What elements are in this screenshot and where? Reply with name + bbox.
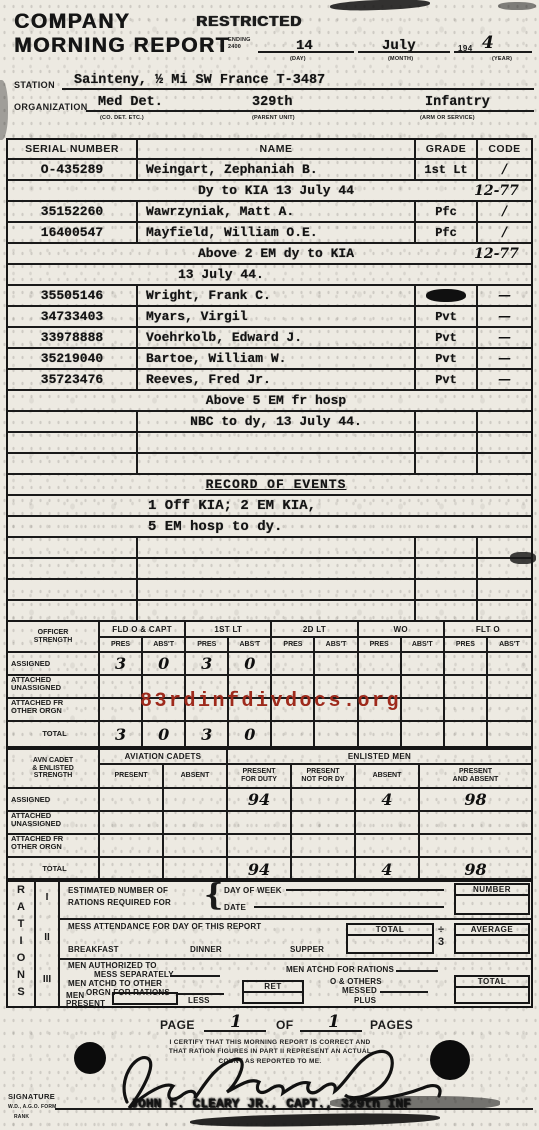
row-label-total: TOTAL [8,858,100,880]
vertical-letter: I [8,935,34,947]
group-enlisted-men: ENLISTED MEN [228,750,531,765]
month-caption: (MONTH) [388,56,413,62]
soldier-name [138,433,416,452]
page-number: 1 [230,1012,242,1032]
roster-row: 35219040 Bartoe, William W. Pvt — [8,349,531,370]
subcol-abst: ABS'T [315,638,358,653]
serial-number: 35723476 [8,370,138,389]
col-present-for-duty: PRESENT FOR DUTY [228,765,292,789]
ending-label: ENDING [228,37,251,43]
roster-row: 35505146 Wright, Frank C. — [8,286,531,307]
form-title-morning-report: MORNING REPORT [14,34,230,58]
serial-number: 16400547 [8,223,138,242]
col-present-and-absent: PRESENT AND ABSENT [420,765,531,789]
vertical-letter: R [8,884,34,896]
men-present-label: MEN PRESENT [66,992,105,1009]
label-line: AND ABSENT [453,776,499,784]
signature-label: SIGNATURE [8,1092,55,1101]
enlisted-total-absent: 4 [356,858,420,880]
label-line: FOR DUTY [241,776,277,784]
empty-cell [164,835,228,858]
ink-smudge [498,2,536,10]
handwritten-signature [105,1038,465,1116]
day-of-week-blank [286,882,444,891]
empty-cell [292,789,356,812]
subcol-pres: PRES [359,638,402,653]
year-handwritten: 4 [482,33,494,53]
remark-text: NBC to dy, 13 July 44. [138,412,416,431]
row-label-attached-unassigned: ATTACHED UNASSIGNED [8,812,100,835]
empty-cell [228,812,292,835]
roster-table: SERIAL NUMBER NAME GRADE CODE O-435289 W… [6,138,533,622]
code-mark [478,559,531,578]
roster-empty-row [8,580,531,601]
code-mark: / [478,223,531,242]
org-parent-value: 329th [252,95,293,110]
remark-text: Above 5 EM fr hosp [138,391,416,410]
label-line: PRESENT [242,768,275,776]
empty-cell [164,789,228,812]
grade [416,286,478,305]
serial-number [8,475,138,494]
code-mark [478,475,531,494]
vertical-letter: N [8,969,34,981]
grade: Pvt [416,370,478,389]
grade [416,538,478,557]
empty-cell [100,858,164,880]
year-caption: (YEAR) [492,56,512,62]
empty-cell [100,812,164,835]
group-fldo-capt: FLD O & CAPT [100,622,186,638]
roster-note-row: NBC to dy, 13 July 44. [8,412,531,433]
code-mark: / [478,202,531,221]
roster-empty-row [8,601,531,622]
roster-row: 34733403 Myars, Virgil Pvt — [8,307,531,328]
empty-cell [292,835,356,858]
soldier-name [138,559,416,578]
row-label-assigned: ASSIGNED [8,789,100,812]
label-line: NOT FOR DY [301,776,344,784]
enlisted-assigned-absent: 4 [356,789,420,812]
grade [416,454,478,473]
empty-cell [292,812,356,835]
grade: Pvt [416,349,478,368]
empty-cell [228,835,292,858]
roster-empty-row [8,433,531,454]
org-arm-caption: (ARM OR SERVICE) [420,115,475,121]
label-line: UNASSIGNED [11,684,61,692]
soldier-name: Myars, Virgil [138,307,416,326]
serial-number [8,559,138,578]
subcol-pres: PRES [186,638,229,653]
men-atchd-to-other-line1: MEN ATCHD TO OTHER [68,979,162,988]
code-mark [478,601,531,620]
empty-cell [402,699,445,722]
officer-strength-title-line1: OFFICER [38,629,69,637]
serial-number [8,391,138,410]
subcol-abst: ABS'T [402,638,445,653]
empty-cell [272,653,315,676]
empty-cell [420,812,531,835]
grade: Pvt [416,307,478,326]
men-authorized-line1: MEN AUTHORIZED TO [68,961,157,970]
serial-number [8,412,138,431]
enlisted-strength-table: AVN CADET & ENLISTED STRENGTH AVIATION C… [6,748,533,882]
roster-row: 16400547 Mayfield, William O.E. Pfc / [8,223,531,244]
grade [416,475,478,494]
ink-smudge [0,80,8,140]
empty-cell [402,676,445,699]
label-line: OTHER ORGN [11,843,62,851]
vertical-letter: A [8,901,34,913]
enlisted-strength-title: AVN CADET & ENLISTED STRENGTH [8,750,100,789]
soldier-name: Voehrkolb, Edward J. [138,328,416,347]
soldier-name: Bartoe, William W. [138,349,416,368]
soldier-name: Mayfield, William O.E. [138,223,416,242]
empty-cell [445,699,488,722]
code-mark [478,517,531,536]
code-mark [478,412,531,431]
date-label: DATE [224,903,246,912]
officer-assigned-value: 3 [100,653,143,676]
officer-strength-title: OFFICER STRENGTH [8,622,100,653]
group-aviation-cadets: AVIATION CADETS [100,750,228,765]
remark-text: Dy to KIA 13 July 44 [138,181,416,200]
officer-strength-table: OFFICER STRENGTH FLD O & CAPT 1ST LT 2D … [6,620,533,748]
soldier-name: Weingart, Zephaniah B. [138,160,416,179]
o-and-others-label: O & OTHERS [330,977,382,986]
form-title-company: COMPANY [14,10,130,34]
divide-sign: ÷ [438,924,444,936]
pages-number: 1 [328,1012,340,1032]
men-atchd-for-rations-label: MEN ATCHD FOR RATIONS [286,965,394,974]
col-absent: ABSENT [356,765,420,789]
vertical-letter: O [8,952,34,964]
roster-empty-row [8,559,531,580]
of-label: OF [276,1018,293,1032]
roster-empty-row [8,454,531,475]
messed-blank [380,984,428,993]
enlisted-assigned-present-for-duty: 94 [228,789,292,812]
grade-ink-smudge [426,289,466,302]
group-1st-lt: 1ST LT [186,622,272,638]
soldier-name [138,580,416,599]
code-mark: — [478,349,531,368]
subcol-abst: ABS'T [488,638,531,653]
grade [416,517,478,536]
organization-label: ORGANIZATION [14,102,88,112]
officer-assigned-value: 0 [143,653,186,676]
label-line: PRESENT [459,768,492,776]
soldier-name [138,601,416,620]
code-mark: — [478,328,531,347]
label-line: OTHER ORGN [11,707,62,715]
average-box: AVERAGE [454,923,530,954]
subcol-abst: ABS'T [143,638,186,653]
code-mark [478,391,531,410]
event-text: 1 Off KIA; 2 EM KIA, [138,496,416,515]
number-box-label: NUMBER [456,885,528,896]
roster-empty-row [8,538,531,559]
less-label: LESS [188,996,210,1005]
serial-number [8,244,138,263]
officer-strength-title-line2: STRENGTH [34,637,73,645]
officer-total-value: 3 [186,722,229,746]
total-box-part3-label: TOTAL [456,977,528,988]
messed-label: MESSED [342,986,377,995]
ret-box: RET [242,980,304,1004]
code-mark [478,538,531,557]
event-text: 5 EM hosp to dy. [138,517,416,536]
grade: 1st Lt [416,160,478,179]
grade [416,580,478,599]
empty-cell [100,835,164,858]
roster-note-row: Above 5 EM fr hosp [8,391,531,412]
record-of-events-title-row: RECORD OF EVENTS [8,475,531,496]
subcol-pres: PRES [100,638,143,653]
roster-row: O-435289 Weingart, Zephaniah B. 1st Lt / [8,160,531,181]
row-label-attached-unassigned: ATTACHED UNASSIGNED [8,676,100,699]
average-box-label: AVERAGE [456,925,528,936]
label-line: PRESENT [66,999,105,1008]
soldier-name: Reeves, Fred Jr. [138,370,416,389]
day-value: 14 [296,38,313,54]
soldier-name: Wawrzyniak, Matt A. [138,202,416,221]
roster-note-row: Dy to KIA 13 July 44 12-77 [8,181,531,202]
col-cadets-present: PRESENT [100,765,164,789]
group-wo: WO [359,622,445,638]
org-unit-value: Med Det. [98,95,163,110]
col-present-not-for-duty: PRESENT NOT FOR DY [292,765,356,789]
empty-cell [315,653,358,676]
rations-vertical-label: R A T I O N S [8,880,36,1006]
supper-label: SUPPER [290,945,324,954]
serial-number: 33978888 [8,328,138,347]
empty-cell [445,722,488,746]
grade [416,391,478,410]
empty-cell [420,835,531,858]
subcol-pres: PRES [272,638,315,653]
grade: Pfc [416,202,478,221]
ending-value: 2400 [228,44,241,50]
plus-label: PLUS [354,996,376,1005]
col-header-code: CODE [478,140,531,158]
ink-smudge [330,0,430,12]
serial-number: 34733403 [8,307,138,326]
code-mark: 12-77 [462,244,531,263]
total-box-label: TOTAL [348,925,432,936]
col-header-name: NAME [138,140,416,158]
row-label-assigned: ASSIGNED [8,653,100,676]
ret-box-label: RET [244,982,302,993]
officer-total-value: 3 [100,722,143,746]
group-2d-lt: 2D LT [272,622,358,638]
men-atchd-for-rations-blank [396,963,438,972]
punch-hole-left [74,1042,106,1074]
brace: { [204,878,223,913]
pages-label: PAGES [370,1018,413,1032]
rations-required-label-line2: RATIONS REQUIRED FOR [68,898,171,907]
subcol-pres: PRES [445,638,488,653]
soldier-name [138,454,416,473]
dinner-label: DINNER [190,945,222,954]
vertical-letter: S [8,986,34,998]
total-box: TOTAL [346,923,434,954]
empty-cell [164,858,228,880]
men-authorized-line2: MESS SEPARATELY [94,970,174,979]
part-iii-label: III [36,974,58,985]
men-present-box [112,992,178,1005]
empty-cell [356,835,420,858]
grade: Pfc [416,223,478,242]
mess-separately-blank [170,968,220,977]
empty-cell [488,699,531,722]
record-of-events-title: RECORD OF EVENTS [138,475,416,494]
org-unit-caption: (CO. DET. ETC.) [100,115,144,121]
total-box-part3: TOTAL [454,975,530,1004]
roster-row: 35723476 Reeves, Fred Jr. Pvt — [8,370,531,391]
morning-report-form: 83rdinfdivdocs.org COMPANY RESTRICTED MO… [0,0,539,1130]
remark-text: Above 2 EM dy to KIA [138,244,416,263]
org-arm-value: Infantry [425,95,490,110]
month-value: July [382,38,416,54]
code-mark: 12-77 [462,181,531,200]
officer-assigned-value: 3 [186,653,229,676]
event-row: 5 EM hosp to dy. [8,517,531,538]
rations-section: R A T I O N S I II III ESTIMATED NUMBER … [6,878,533,1008]
grade [416,601,478,620]
serial-number [8,580,138,599]
code-mark [478,454,531,473]
empty-cell [359,722,402,746]
number-box: NUMBER [454,883,530,915]
title-line: STRENGTH [34,772,73,780]
serial-number: 35219040 [8,349,138,368]
grade [416,265,478,284]
empty-cell [488,653,531,676]
serial-number [8,181,138,200]
group-flt-o: FLT O [445,622,531,638]
empty-cell [272,722,315,746]
code-mark [478,496,531,515]
serial-number [8,517,138,536]
col-header-grade: GRADE [416,140,478,158]
empty-cell [402,722,445,746]
grade: Pvt [416,328,478,347]
event-row: 1 Off KIA; 2 EM KIA, [8,496,531,517]
empty-cell [356,812,420,835]
empty-cell [445,676,488,699]
officer-total-value: 0 [143,722,186,746]
serial-number: O-435289 [8,160,138,179]
row-label-attached-fr-other: ATTACHED FR OTHER ORGN [8,835,100,858]
row-label-total: TOTAL [8,722,100,746]
roster-note-row: Above 2 EM dy to KIA 12-77 [8,244,531,265]
empty-cell [445,653,488,676]
mess-attendance-heading: MESS ATTENDANCE FOR DAY OF THIS REPORT [68,922,261,931]
grade [416,412,478,431]
serial-number [8,538,138,557]
title-line: & ENLISTED [32,765,74,773]
empty-cell [488,676,531,699]
serial-number [8,433,138,452]
empty-cell [359,653,402,676]
code-mark [478,580,531,599]
roster-note-row: 13 July 44. [8,265,531,286]
remark-text: 13 July 44. [138,265,416,284]
part-ii-label: II [36,932,58,943]
serial-number [8,265,138,284]
empty-cell [100,699,143,722]
station-label: STATION [14,80,55,90]
rations-required-label-line1: ESTIMATED NUMBER OF [68,886,168,895]
form-reference: W.D., A.G.O. FORM [8,1104,57,1110]
serial-number: 35152260 [8,202,138,221]
grade [416,559,478,578]
code-mark: — [478,307,531,326]
roster-row: 33978888 Voehrkolb, Edward J. Pvt — [8,328,531,349]
officer-assigned-value: 0 [229,653,272,676]
enlisted-assigned-present-and-absent: 98 [420,789,531,812]
soldier-name [138,538,416,557]
empty-cell [315,722,358,746]
soldier-name: Wright, Frank C. [138,286,416,305]
day-caption: (DAY) [290,56,306,62]
code-mark: / [478,160,531,179]
serial-number [8,496,138,515]
roster-row: 35152260 Wawrzyniak, Matt A. Pfc / [8,202,531,223]
label-line: UNASSIGNED [11,820,61,828]
enlisted-total-present-and-absent: 98 [420,858,531,880]
watermark: 83rdinfdivdocs.org [140,690,401,713]
date-blank [254,899,444,908]
label-line: PRESENT [306,768,339,776]
empty-cell [100,789,164,812]
serial-number [8,454,138,473]
row-label-attached-fr-other: ATTACHED FR OTHER ORGN [8,699,100,722]
vertical-letter: T [8,918,34,930]
empty-cell [402,653,445,676]
col-cadets-absent: ABSENT [164,765,228,789]
divide-by-three: ÷ 3 [438,924,444,948]
officer-total-value: 0 [229,722,272,746]
enlisted-total-present-for-duty: 94 [228,858,292,880]
empty-cell [292,858,356,880]
serial-number [8,601,138,620]
code-mark [478,265,531,284]
year-printed: 194 [458,44,473,53]
rank-label: RANK [14,1114,29,1120]
code-mark: — [478,370,531,389]
grade [416,496,478,515]
empty-cell [164,812,228,835]
empty-cell [100,676,143,699]
code-mark: — [478,286,531,305]
col-header-serial: SERIAL NUMBER [8,140,138,158]
divider [60,918,531,920]
roster-header-row: SERIAL NUMBER NAME GRADE CODE [8,140,531,160]
subcol-abst: ABS'T [229,638,272,653]
part-i-label: I [36,892,58,903]
day-of-week-label: DAY OF WEEK [224,886,282,895]
empty-cell [488,722,531,746]
station-value: Sainteny, ½ Mi SW France T-3487 [74,73,325,88]
divider [60,958,531,960]
breakfast-label: BREAKFAST [68,945,119,954]
divide-three: 3 [438,936,444,948]
org-parent-caption: (PARENT UNIT) [252,115,295,121]
orgn-for-rations-blank [176,986,224,995]
